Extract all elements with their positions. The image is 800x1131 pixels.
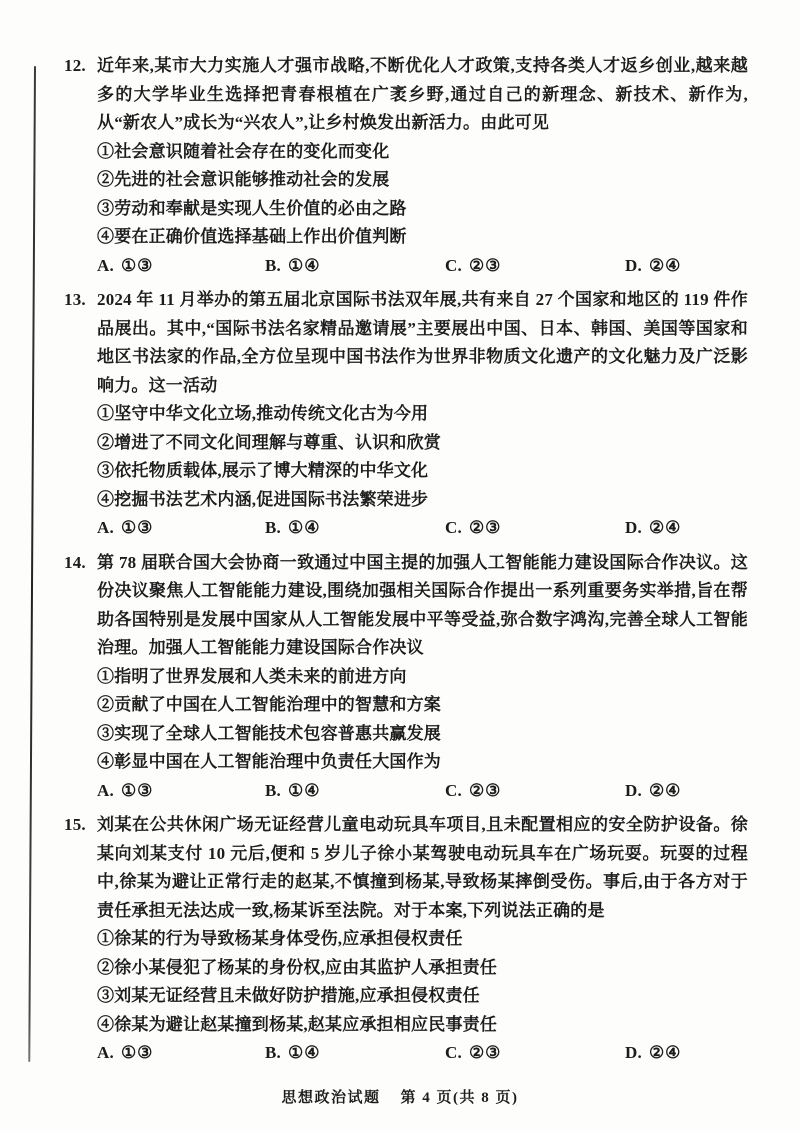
question-stem: 刘某在公共休闲广场无证经营儿童电动玩具车项目,且未配置相应的安全防护设备。徐某向… xyxy=(97,811,748,925)
question-number: 14. xyxy=(64,549,86,578)
choice-letter: C. xyxy=(445,1043,462,1062)
statement-4: ④徐某为避让赵某撞到杨某,赵某应承担相应民事责任 xyxy=(97,1011,748,1040)
choice-letter: D. xyxy=(625,518,642,537)
choice-letter: D. xyxy=(625,781,642,800)
scan-edge-line xyxy=(28,66,36,1062)
choice-a: A.①③ xyxy=(97,252,265,281)
choice-circled-numbers: ②④ xyxy=(649,518,681,537)
choice-a: A.①③ xyxy=(97,514,265,543)
choice-circled-numbers: ①③ xyxy=(121,781,153,800)
choice-circled-numbers: ①④ xyxy=(288,518,320,537)
choice-letter: A. xyxy=(97,781,114,800)
choice-circled-numbers: ②③ xyxy=(469,518,501,537)
statement-4: ④要在正确价值选择基础上作出价值判断 xyxy=(97,223,748,252)
statement-2: ②增进了不同文化间理解与尊重、认识和欣赏 xyxy=(97,429,748,458)
choice-circled-numbers: ②③ xyxy=(469,256,501,275)
choice-b: B.①④ xyxy=(265,1039,445,1068)
choice-b: B.①④ xyxy=(265,514,445,543)
choices-row: A.①③ B.①④ C.②③ D.②④ xyxy=(97,252,748,281)
choice-circled-numbers: ①③ xyxy=(121,518,153,537)
statement-2: ②贡献了中国在人工智能治理中的智慧和方案 xyxy=(97,691,748,720)
choice-b: B.①④ xyxy=(265,252,445,281)
question-number: 15. xyxy=(64,811,86,840)
choice-letter: A. xyxy=(97,256,114,275)
choice-letter: B. xyxy=(265,256,281,275)
statement-1: ①社会意识随着社会存在的变化而变化 xyxy=(97,138,748,167)
choice-circled-numbers: ①③ xyxy=(121,1043,153,1062)
choice-d: D.②④ xyxy=(625,777,748,806)
choice-d: D.②④ xyxy=(625,514,748,543)
choice-d: D.②④ xyxy=(625,252,748,281)
statement-2: ②徐小某侵犯了杨某的身份权,应由其监护人承担责任 xyxy=(97,954,748,983)
choice-b: B.①④ xyxy=(265,777,445,806)
choice-circled-numbers: ①③ xyxy=(121,256,153,275)
footer-page-number: 第 4 页(共 8 页) xyxy=(401,1090,519,1106)
question-stem: 近年来,某市大力实施人才强市战略,不断优化人才政策,支持各类人才返乡创业,越来越… xyxy=(97,52,748,138)
choices-row: A.①③ B.①④ C.②③ D.②④ xyxy=(97,514,748,543)
choice-letter: C. xyxy=(445,781,462,800)
choice-c: C.②③ xyxy=(445,252,625,281)
question-14: 14. 第 78 届联合国大会协商一致通过中国主提的加强人工智能能力建设国际合作… xyxy=(64,549,748,806)
statement-1: ①坚守中华文化立场,推动传统文化古为今用 xyxy=(97,400,748,429)
question-number: 12. xyxy=(64,52,86,81)
question-12: 12. 近年来,某市大力实施人才强市战略,不断优化人才政策,支持各类人才返乡创业… xyxy=(64,52,748,280)
question-stem: 第 78 届联合国大会协商一致通过中国主提的加强人工智能能力建设国际合作决议。这… xyxy=(97,549,748,663)
choice-a: A.①③ xyxy=(97,1039,265,1068)
question-15: 15. 刘某在公共休闲广场无证经营儿童电动玩具车项目,且未配置相应的安全防护设备… xyxy=(64,811,748,1068)
choice-c: C.②③ xyxy=(445,777,625,806)
choice-circled-numbers: ②③ xyxy=(469,781,501,800)
question-number: 13. xyxy=(64,286,86,315)
choice-circled-numbers: ②④ xyxy=(649,1043,681,1062)
choice-letter: B. xyxy=(265,781,281,800)
choice-letter: A. xyxy=(97,518,114,537)
choice-d: D.②④ xyxy=(625,1039,748,1068)
statement-4: ④挖掘书法艺术内涵,促进国际书法繁荣进步 xyxy=(97,486,748,515)
statement-1: ①指明了世界发展和人类未来的前进方向 xyxy=(97,663,748,692)
choice-circled-numbers: ②④ xyxy=(649,781,681,800)
statement-1: ①徐某的行为导致杨某身体受伤,应承担侵权责任 xyxy=(97,925,748,954)
choice-letter: C. xyxy=(445,256,462,275)
choice-letter: D. xyxy=(625,256,642,275)
question-stem: 2024 年 11 月举办的第五届北京国际书法双年展,共有来自 27 个国家和地… xyxy=(97,286,748,400)
statement-3: ③实现了全球人工智能技术包容普惠共赢发展 xyxy=(97,720,748,749)
choice-letter: B. xyxy=(265,518,281,537)
statement-3: ③刘某无证经营且未做好防护措施,应承担侵权责任 xyxy=(97,982,748,1011)
question-13: 13. 2024 年 11 月举办的第五届北京国际书法双年展,共有来自 27 个… xyxy=(64,286,748,543)
choice-c: C.②③ xyxy=(445,514,625,543)
choices-row: A.①③ B.①④ C.②③ D.②④ xyxy=(97,777,748,806)
footer-doc-title: 思想政治试题 xyxy=(281,1090,380,1106)
statement-3: ③依托物质载体,展示了博大精深的中华文化 xyxy=(97,457,748,486)
choice-letter: D. xyxy=(625,1043,642,1062)
choice-circled-numbers: ①④ xyxy=(288,781,320,800)
choice-circled-numbers: ②③ xyxy=(469,1043,501,1062)
choice-letter: A. xyxy=(97,1043,114,1062)
choice-a: A.①③ xyxy=(97,777,265,806)
choices-row: A.①③ B.①④ C.②③ D.②④ xyxy=(97,1039,748,1068)
page-footer: 思想政治试题第 4 页(共 8 页) xyxy=(0,1086,800,1107)
choice-circled-numbers: ①④ xyxy=(288,1043,320,1062)
statement-3: ③劳动和奉献是实现人生价值的必由之路 xyxy=(97,195,748,224)
choice-c: C.②③ xyxy=(445,1039,625,1068)
choice-letter: C. xyxy=(445,518,462,537)
statement-2: ②先进的社会意识能够推动社会的发展 xyxy=(97,166,748,195)
choice-circled-numbers: ②④ xyxy=(649,256,681,275)
statement-4: ④彰显中国在人工智能治理中负责任大国作为 xyxy=(97,748,748,777)
exam-page-content: 12. 近年来,某市大力实施人才强市战略,不断优化人才政策,支持各类人才返乡创业… xyxy=(64,52,748,1068)
choice-letter: B. xyxy=(265,1043,281,1062)
choice-circled-numbers: ①④ xyxy=(288,256,320,275)
